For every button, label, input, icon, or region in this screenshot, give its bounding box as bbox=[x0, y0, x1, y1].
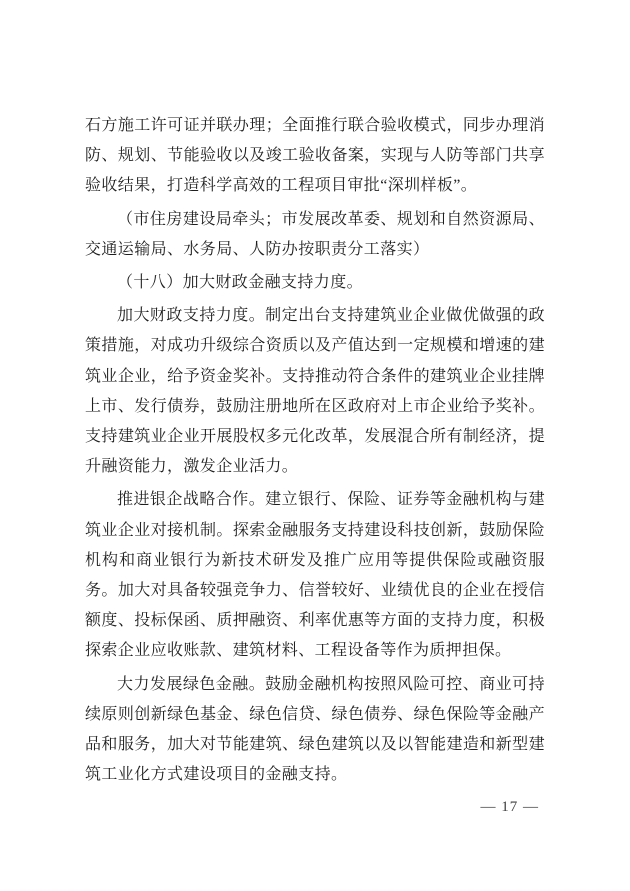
paragraph-green-finance: 大力发展绿色金融。鼓励金融机构按照风险可控、商业可持续原则创新绿色基金、绿色信贷… bbox=[85, 670, 545, 791]
paragraph-bank-enterprise-cooperation: 推进银企战略合作。建立银行、保险、证券等金融机构与建筑业企业对接机制。探索金融服… bbox=[85, 485, 545, 666]
paragraph-permit-acceptance-continuation: 石方施工许可证并联办理；全面推行联合验收模式，同步办理消防、规划、节能验收以及竣… bbox=[85, 111, 545, 202]
paragraph-fiscal-support: 加大财政支持力度。制定出台支持建筑业企业做优做强的政策措施，对成功升级综合资质以… bbox=[85, 301, 545, 482]
paragraph-responsible-departments: （市住房建设局牵头；市发展改革委、规划和自然资源局、交通运输局、水务局、人防办按… bbox=[85, 205, 545, 265]
document-page: 石方施工许可证并联办理；全面推行联合验收模式，同步办理消防、规划、节能验收以及竣… bbox=[0, 0, 630, 891]
page-number: — 17 — bbox=[85, 797, 545, 817]
section-heading-18-fiscal-financial-support: （十八）加大财政金融支持力度。 bbox=[85, 268, 545, 298]
document-body: 石方施工许可证并联办理；全面推行联合验收模式，同步办理消防、规划、节能验收以及竣… bbox=[85, 111, 545, 790]
